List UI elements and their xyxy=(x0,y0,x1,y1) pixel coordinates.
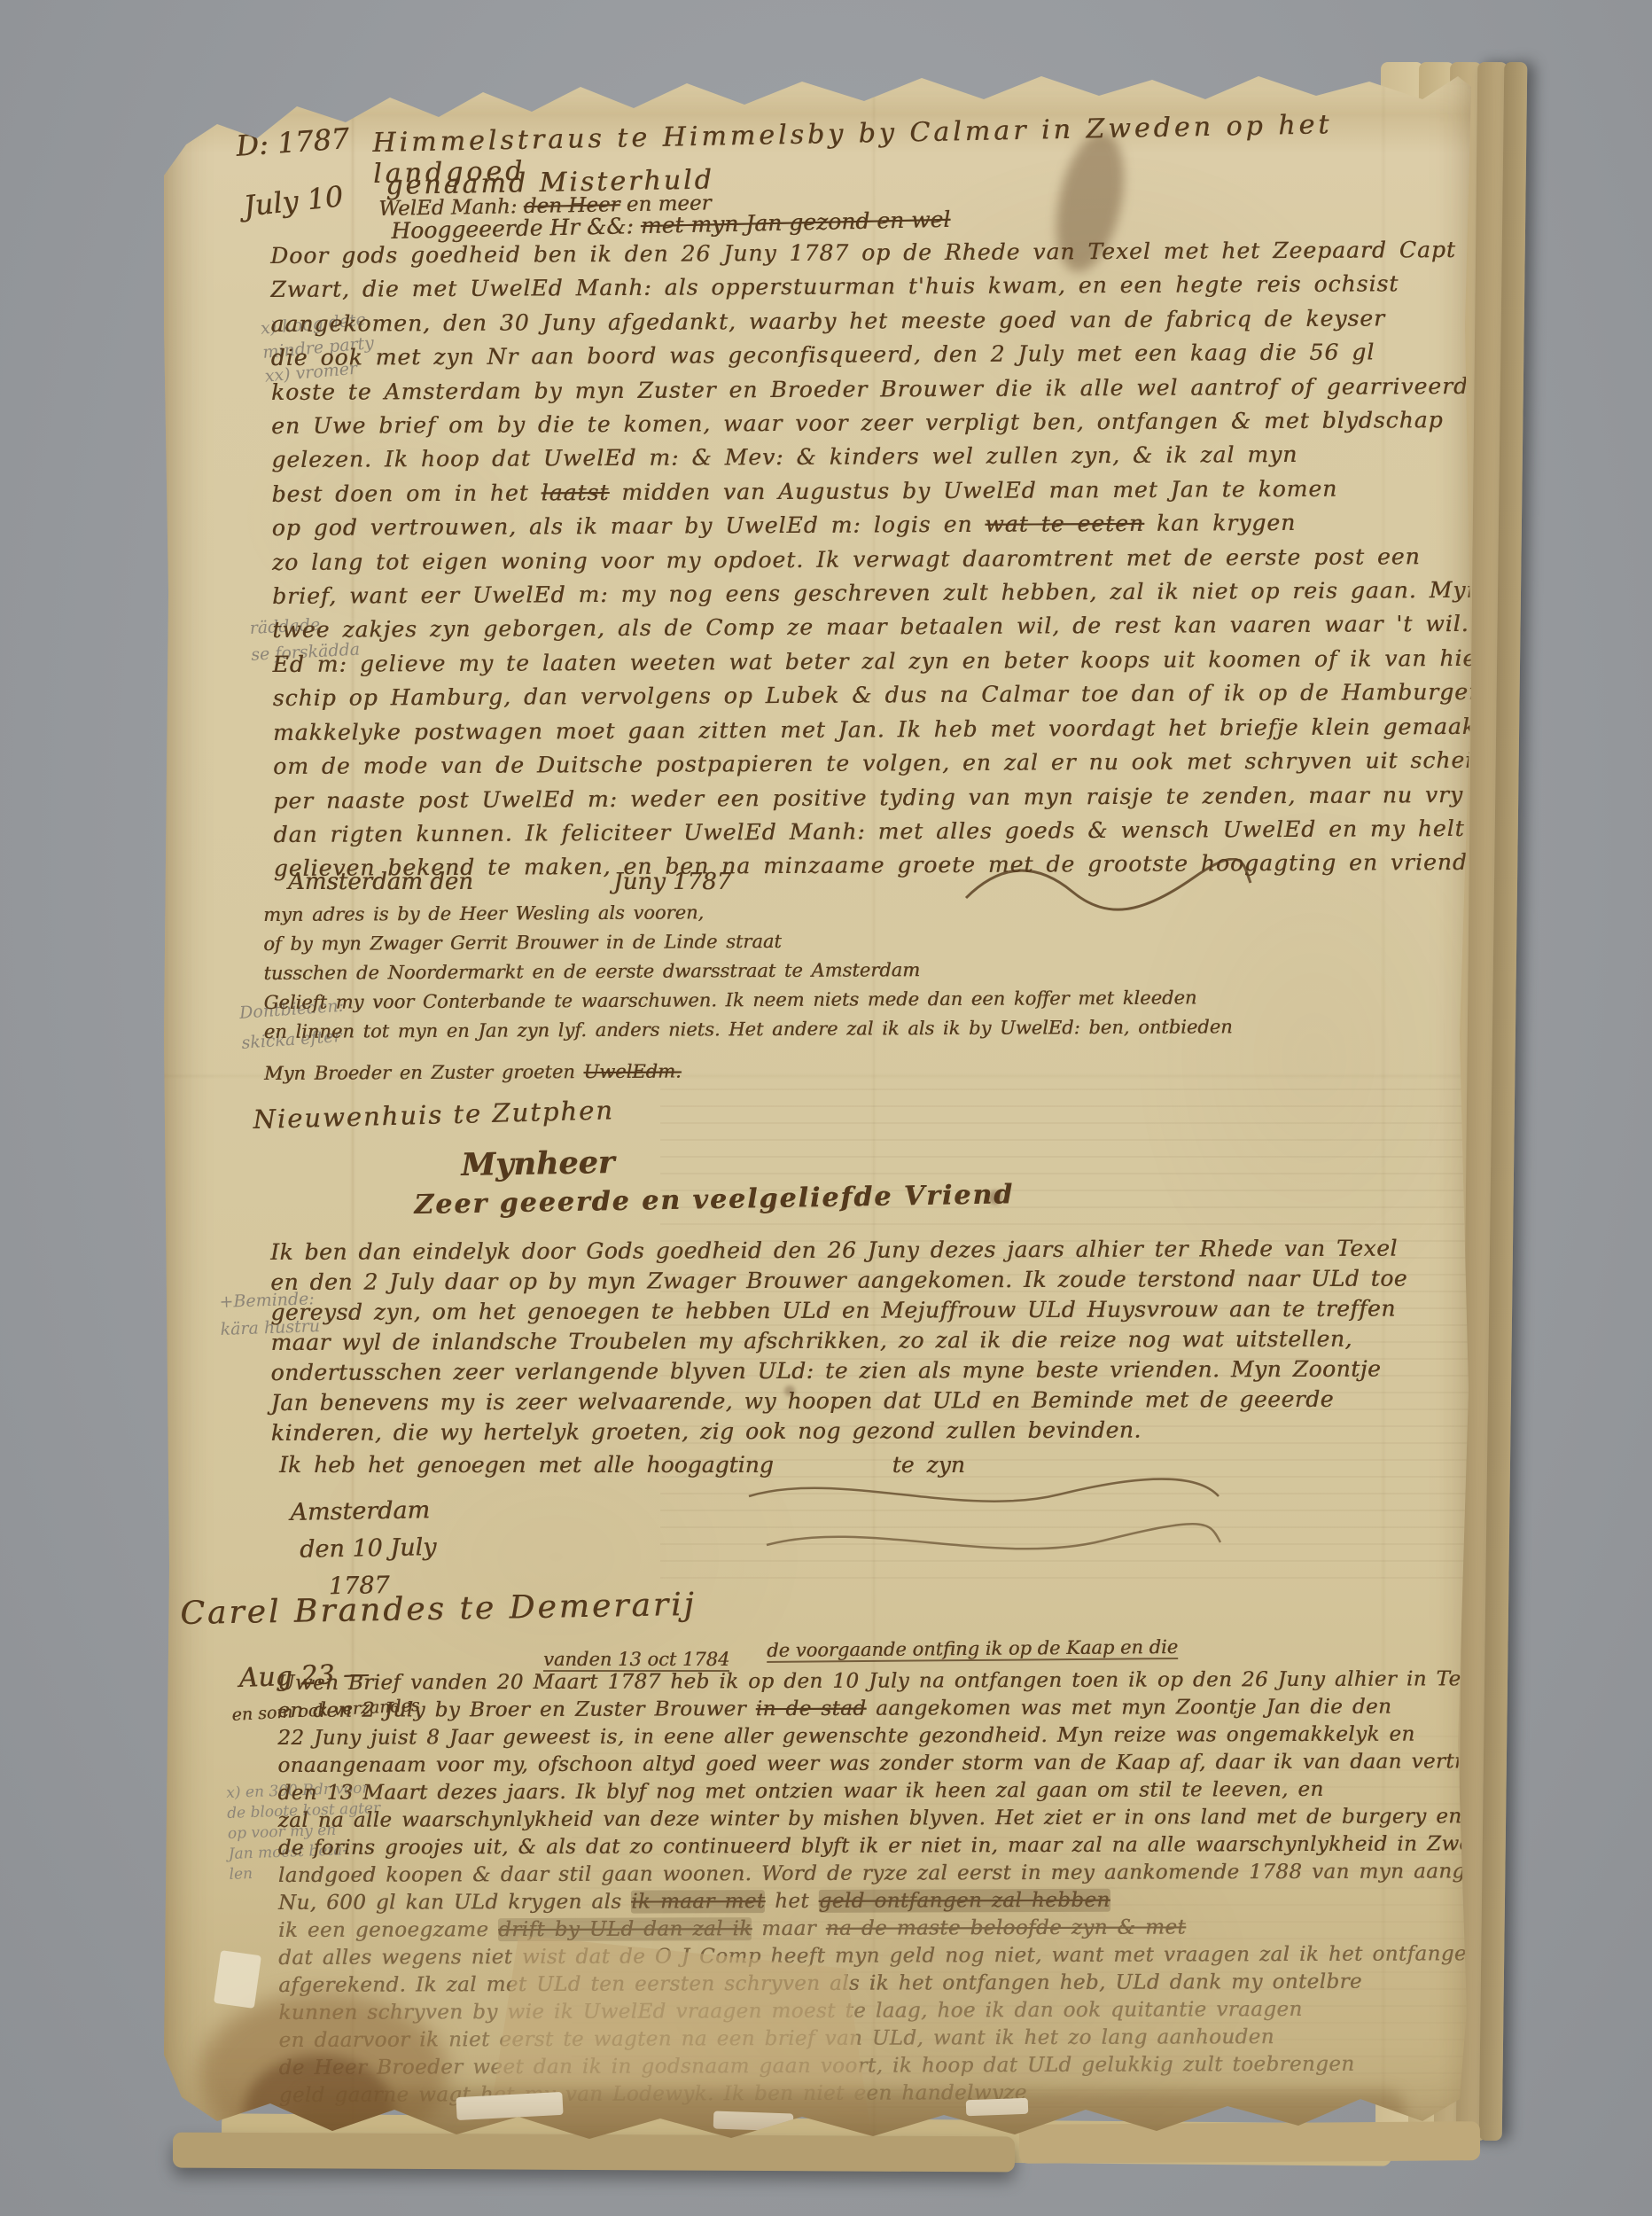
letter1-address-block: myn adres is by de Heer Wesling als voor… xyxy=(263,895,1233,1088)
letter1-closing-place: Amsterdam den xyxy=(288,869,473,895)
margin-date-july10: July 10 xyxy=(242,179,345,223)
torn-underlayer xyxy=(173,2133,1015,2173)
manuscript-photo: D: 1787 July 10 x) koog detemindre party… xyxy=(0,0,1652,2216)
letter1-closing-date: Juny 1787 xyxy=(613,869,731,895)
paper-flake xyxy=(214,1950,261,2009)
letter3-body: Uwen Brief vanden 20 Maart 1787 heb ik o… xyxy=(277,1666,1613,2110)
torn-underlayer xyxy=(1019,2121,1480,2164)
letter3-insert-note: de voorgaande ontfing ik op de Kaap en d… xyxy=(767,1636,1178,1663)
letter2-heading: Nieuwenhuis te Zutphen xyxy=(253,1095,614,1135)
letter2-salutation: Mynheer xyxy=(461,1144,615,1183)
letter1-closing: Amsterdam den Juny 1787 xyxy=(288,869,731,895)
letter2-body: Ik ben dan eindelyk door Gods goedheid d… xyxy=(270,1234,1408,1448)
ink-flourish xyxy=(731,1470,1227,1576)
letter2-greeting: Zeer geeerde en veelgeliefde Vriend xyxy=(414,1179,1014,1221)
letter2-closing-tezyn: te zyn xyxy=(892,1452,965,1478)
margin-date-1787: D: 1787 xyxy=(235,121,350,163)
letter2-closing-line: Ik heb het genoegen met alle hoogagting … xyxy=(279,1452,965,1478)
letter2-closing-text: Ik heb het genoegen met alle hoogagting xyxy=(279,1452,774,1478)
manuscript-page: D: 1787 July 10 x) koog detemindre party… xyxy=(164,60,1471,2139)
letter2-closing-place: Amsterdamden 10 July1787 xyxy=(290,1492,437,1606)
letter1-body: Door gods goedheid ben ik den 26 Juny 17… xyxy=(270,232,1574,886)
letter3-heading: Carel Brandes te Demerarij xyxy=(180,1587,697,1632)
